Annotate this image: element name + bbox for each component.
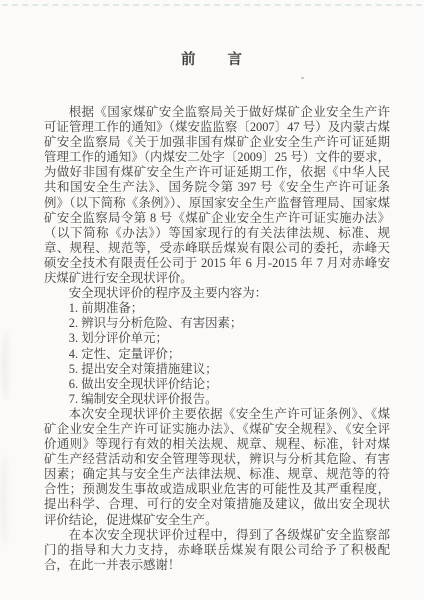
scan-speck: [301, 77, 304, 79]
procedure-step-4: 4. 定性、定量评价；: [44, 347, 390, 362]
paragraph-basis: 本次安全现状评价主要依据《安全生产许可证条例》、《煤矿企业安全生产许可证实施办法…: [44, 407, 390, 528]
page-title: 前 言: [0, 0, 424, 69]
document-body: 根据《国家煤矿安全监察局关于做好煤矿企业安全生产许可证管理工作的通知》（煤安监监…: [44, 105, 390, 573]
paragraph-intro: 根据《国家煤矿安全监察局关于做好煤矿企业安全生产许可证管理工作的通知》（煤安监监…: [44, 105, 390, 286]
document-page: 前 言 根据《国家煤矿安全监察局关于做好煤矿企业安全生产许可证管理工作的通知》（…: [0, 0, 424, 600]
procedure-step-1: 1. 前期准备；: [44, 301, 390, 316]
scan-smudge: [2, 330, 11, 400]
procedure-step-2: 2. 辨识与分析危险、有害因素；: [44, 316, 390, 331]
paragraph-procedure-lead: 安全现状评价的程序及主要内容为：: [44, 286, 390, 301]
procedure-step-6: 6. 做出安全现状评价结论；: [44, 377, 390, 392]
procedure-step-7: 7. 编制安全现状评价报告。: [44, 392, 390, 407]
procedure-step-3: 3. 划分评价单元；: [44, 331, 390, 346]
paragraph-thanks: 在本次安全现状评价过程中，得到了各级煤矿安全监察部门的指导和大力支持，赤峰联岳煤…: [44, 528, 390, 573]
procedure-step-5: 5. 提出安全对策措施建议；: [44, 362, 390, 377]
scan-smudge: [1, 455, 9, 545]
